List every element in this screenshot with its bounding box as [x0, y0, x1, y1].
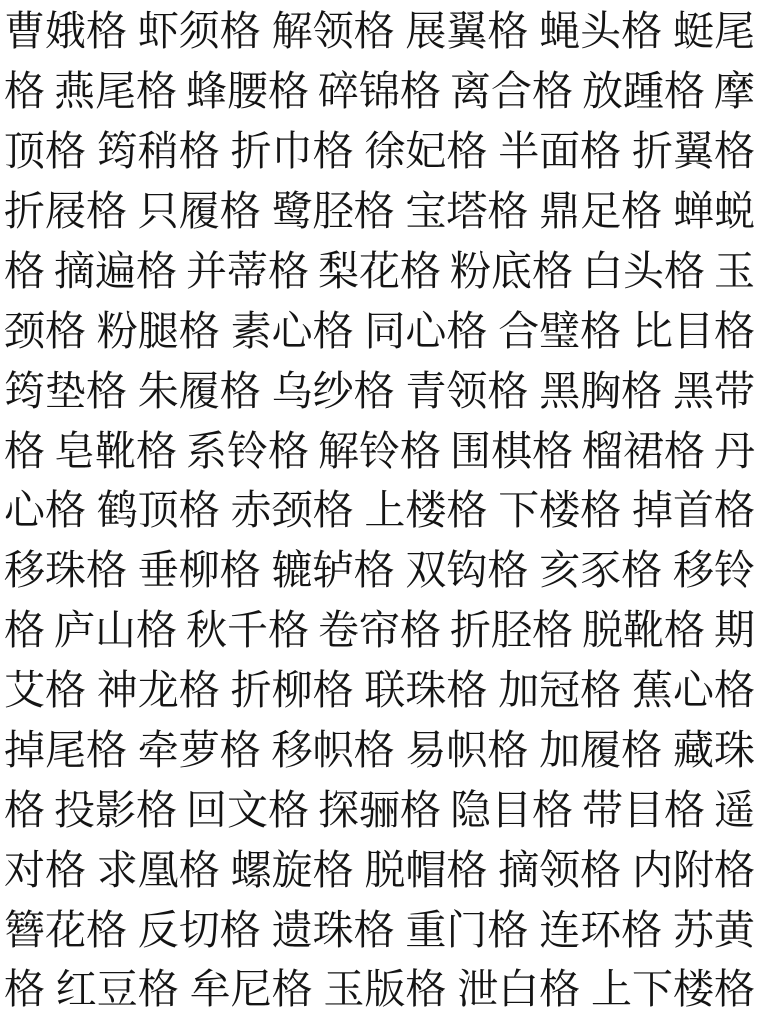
- term-token: 素心格: [231, 311, 354, 352]
- term-token: 宝塔格: [405, 191, 528, 232]
- term-token: 重门格: [405, 910, 528, 951]
- term-token: 比目格: [632, 311, 755, 352]
- term-token: 青领格: [405, 371, 528, 412]
- term-token: 联珠格: [364, 670, 487, 711]
- term-token: 脱帽格: [364, 850, 487, 891]
- term-token: 秋千格: [186, 610, 309, 651]
- term-token: 格: [4, 71, 45, 112]
- term-token: 碎锦格: [318, 71, 441, 112]
- term-token: 格: [4, 969, 45, 1010]
- term-token: 簪花格: [4, 910, 127, 951]
- term-token: 格: [4, 251, 45, 292]
- term-token: 掉首格: [632, 490, 755, 531]
- term-token: 加履格: [539, 730, 662, 771]
- term-token: 皂靴格: [54, 431, 177, 472]
- term-token: 藏珠: [673, 730, 755, 771]
- term-token: 赤颈格: [231, 490, 354, 531]
- text-line: 顶格筠稍格折巾格徐妃格半面格折翼格: [4, 122, 755, 182]
- term-token: 掉尾格: [4, 730, 127, 771]
- term-token: 苏黄: [673, 910, 755, 951]
- term-token: 遗珠格: [272, 910, 395, 951]
- term-token: 反切格: [138, 910, 261, 951]
- term-token: 带目格: [582, 790, 705, 831]
- term-token: 辘轳格: [272, 550, 395, 591]
- text-line: 艾格神龙格折柳格联珠格加冠格蕉心格: [4, 661, 755, 721]
- term-token: 丹: [714, 431, 755, 472]
- term-token: 摘领格: [498, 850, 621, 891]
- term-token: 黑胸格: [539, 371, 662, 412]
- text-line: 曹娥格虾须格解领格展翼格蝇头格蜓尾: [4, 2, 755, 62]
- term-token: 隐目格: [450, 790, 573, 831]
- term-token: 离合格: [450, 71, 573, 112]
- term-token: 摘遍格: [54, 251, 177, 292]
- term-token: 粉底格: [450, 251, 573, 292]
- term-token: 牟尼格: [190, 969, 313, 1010]
- term-token: 艾格: [4, 670, 86, 711]
- term-token: 围棋格: [450, 431, 573, 472]
- term-token: 鼎足格: [539, 191, 662, 232]
- term-token: 庐山格: [54, 610, 177, 651]
- term-token: 摩: [714, 71, 755, 112]
- term-token: 曹娥格: [4, 11, 127, 52]
- term-token: 牵萝格: [138, 730, 261, 771]
- term-token: 折屐格: [4, 191, 127, 232]
- term-token: 徐妃格: [364, 131, 487, 172]
- term-token: 格: [4, 610, 45, 651]
- term-token: 移帜格: [272, 730, 395, 771]
- term-token: 卷帘格: [318, 610, 441, 651]
- text-line: 对格求凰格螺旋格脱帽格摘领格内附格: [4, 840, 755, 900]
- term-token: 合璧格: [498, 311, 621, 352]
- term-token: 解领格: [272, 11, 395, 52]
- term-token: 内附格: [632, 850, 755, 891]
- term-token: 白头格: [582, 251, 705, 292]
- term-token: 鹭胫格: [272, 191, 395, 232]
- term-token: 并蒂格: [186, 251, 309, 292]
- term-token: 乌纱格: [272, 371, 395, 412]
- text-line: 掉尾格牵萝格移帜格易帜格加履格藏珠: [4, 721, 755, 781]
- term-token: 蜂腰格: [186, 71, 309, 112]
- term-token: 心格: [4, 490, 86, 531]
- text-line: 颈格粉腿格素心格同心格合璧格比目格: [4, 301, 755, 361]
- term-token: 半面格: [498, 131, 621, 172]
- term-token: 格: [4, 431, 45, 472]
- term-token: 垂柳格: [138, 550, 261, 591]
- text-line: 筠垫格朱履格乌纱格青领格黑胸格黑带: [4, 361, 755, 421]
- term-token: 探骊格: [318, 790, 441, 831]
- term-token: 玉: [714, 251, 755, 292]
- term-token: 折巾格: [231, 131, 354, 172]
- term-token: 期: [714, 610, 755, 651]
- text-line: 格投影格回文格探骊格隐目格带目格遥: [4, 780, 755, 840]
- text-line: 格摘遍格并蒂格梨花格粉底格白头格玉: [4, 242, 755, 302]
- term-token: 连环格: [539, 910, 662, 951]
- term-token: 遥: [714, 790, 755, 831]
- term-token: 求凰格: [97, 850, 220, 891]
- term-token: 顶格: [4, 131, 86, 172]
- term-token: 移铃: [673, 550, 755, 591]
- term-token: 梨花格: [318, 251, 441, 292]
- term-token: 折柳格: [231, 670, 354, 711]
- term-token: 折翼格: [632, 131, 755, 172]
- term-token: 只履格: [138, 191, 261, 232]
- term-token: 上楼格: [364, 490, 487, 531]
- term-token: 神龙格: [97, 670, 220, 711]
- text-line: 移珠格垂柳格辘轳格双钩格亥豕格移铃: [4, 541, 755, 601]
- term-token: 红豆格: [56, 969, 179, 1010]
- term-token: 同心格: [364, 311, 487, 352]
- term-token: 上下楼格: [591, 969, 755, 1010]
- term-token: 朱履格: [138, 371, 261, 412]
- term-token: 脱靴格: [582, 610, 705, 651]
- term-token: 蜓尾: [673, 11, 755, 52]
- term-token: 亥豕格: [539, 550, 662, 591]
- term-token: 双钩格: [405, 550, 528, 591]
- term-token: 系铃格: [186, 431, 309, 472]
- term-token: 鹤顶格: [97, 490, 220, 531]
- text-page: 曹娥格虾须格解领格展翼格蝇头格蜓尾格燕尾格蜂腰格碎锦格离合格放踵格摩顶格筠稍格折…: [0, 0, 760, 1024]
- text-line: 格红豆格牟尼格玉版格泄白格上下楼格: [4, 960, 755, 1020]
- term-token: 移珠格: [4, 550, 127, 591]
- term-token: 筠稍格: [97, 131, 220, 172]
- term-token: 筠垫格: [4, 371, 127, 412]
- term-token: 对格: [4, 850, 86, 891]
- text-line: 折屐格只履格鹭胫格宝塔格鼎足格蝉蜕: [4, 182, 755, 242]
- term-token: 螺旋格: [231, 850, 354, 891]
- term-token: 格: [4, 790, 45, 831]
- text-line: 簪花格反切格遗珠格重门格连环格苏黄: [4, 900, 755, 960]
- term-token: 蝉蜕: [673, 191, 755, 232]
- term-token: 颈格: [4, 311, 86, 352]
- term-token: 加冠格: [498, 670, 621, 711]
- term-token: 虾须格: [138, 11, 261, 52]
- term-token: 解铃格: [318, 431, 441, 472]
- text-line: 格皂靴格系铃格解铃格围棋格榴裙格丹: [4, 421, 755, 481]
- term-token: 玉版格: [323, 969, 446, 1010]
- term-token: 蝇头格: [539, 11, 662, 52]
- term-token: 黑带: [673, 371, 755, 412]
- text-line: 心格鹤顶格赤颈格上楼格下楼格掉首格: [4, 481, 755, 541]
- term-token: 展翼格: [405, 11, 528, 52]
- term-token: 粉腿格: [97, 311, 220, 352]
- term-token: 榴裙格: [582, 431, 705, 472]
- text-line: 格燕尾格蜂腰格碎锦格离合格放踵格摩: [4, 62, 755, 122]
- term-token: 易帜格: [405, 730, 528, 771]
- term-token: 泄白格: [457, 969, 580, 1010]
- term-token: 放踵格: [582, 71, 705, 112]
- term-token: 蕉心格: [632, 670, 755, 711]
- text-line: 格庐山格秋千格卷帘格折胫格脱靴格期: [4, 601, 755, 661]
- term-token: 下楼格: [498, 490, 621, 531]
- term-token: 回文格: [186, 790, 309, 831]
- term-token: 折胫格: [450, 610, 573, 651]
- term-token: 投影格: [54, 790, 177, 831]
- term-token: 燕尾格: [54, 71, 177, 112]
